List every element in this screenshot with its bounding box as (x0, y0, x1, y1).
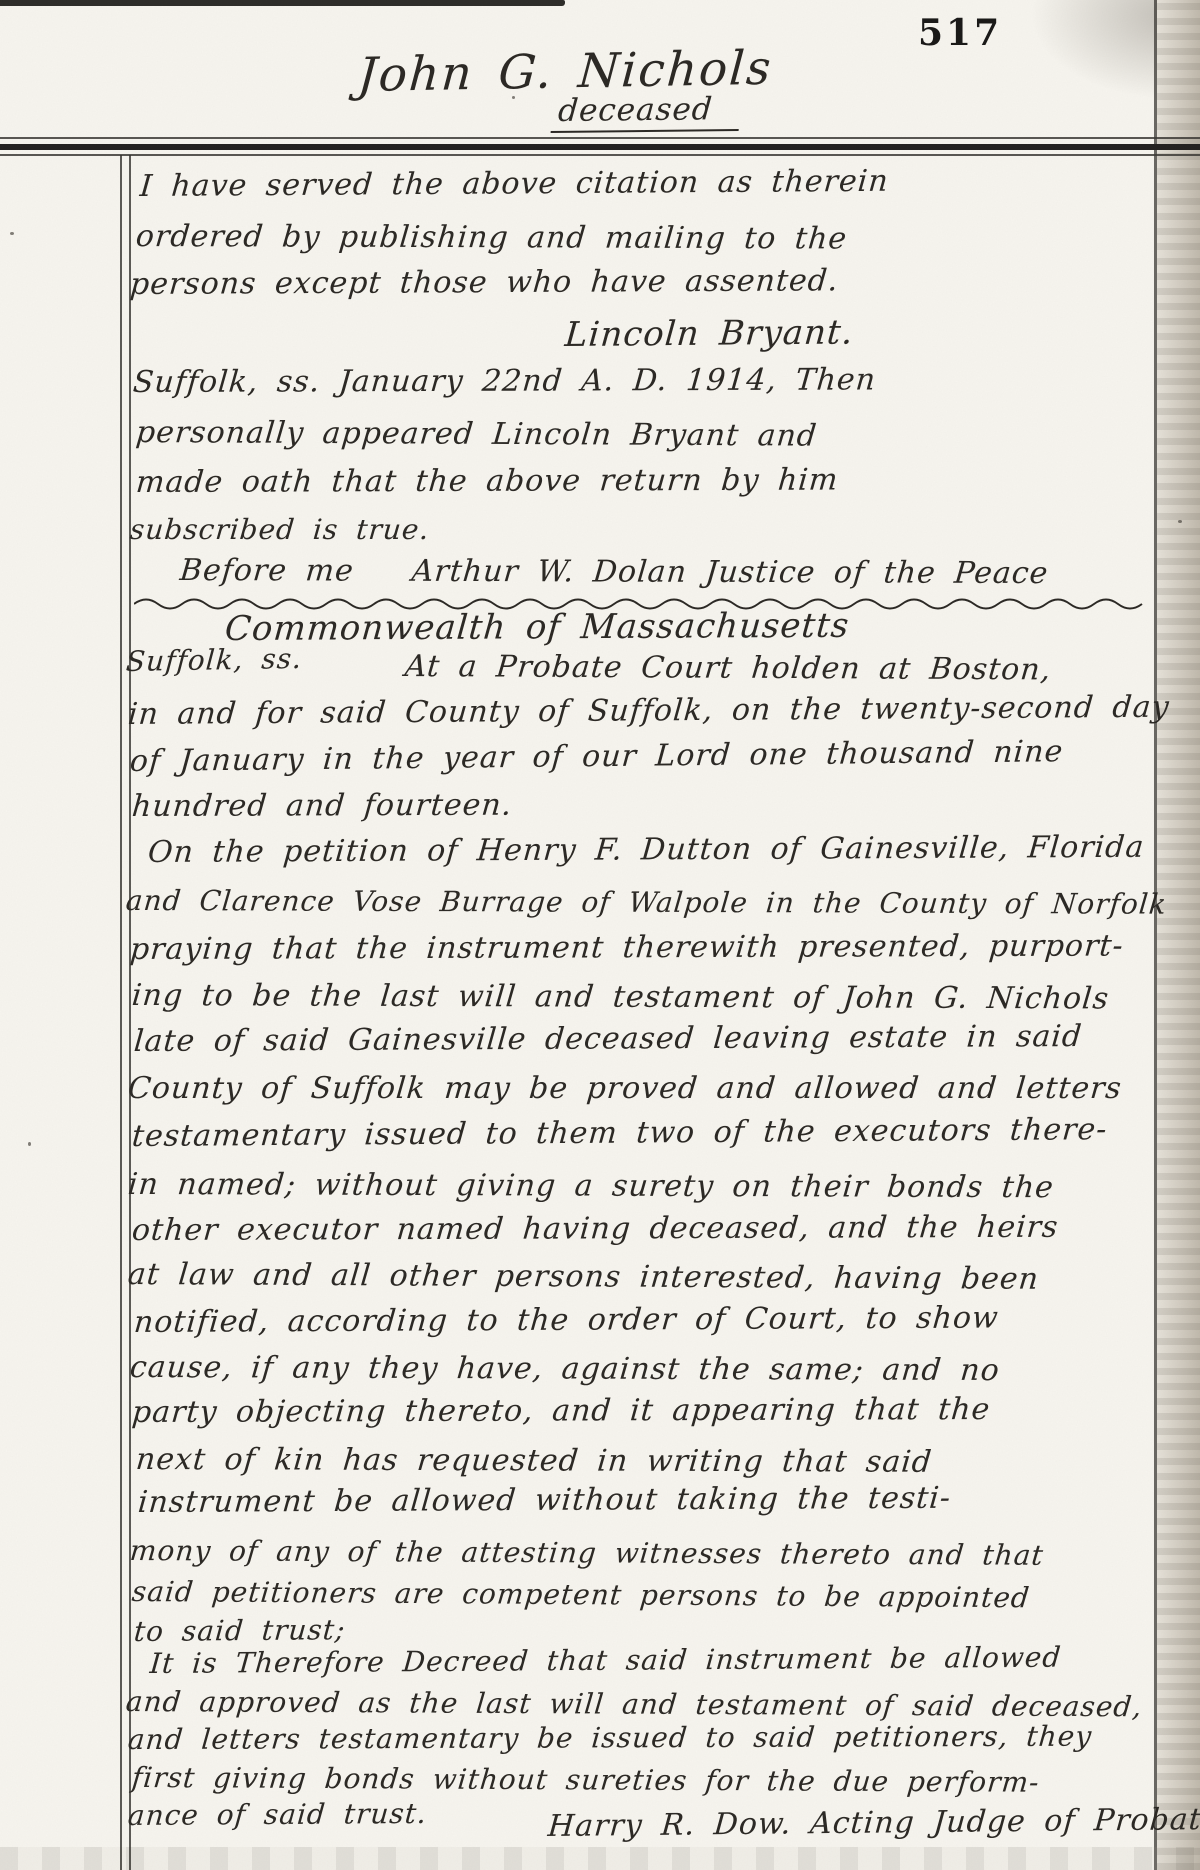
decree-section: It is Therefore Decreed that said instru… (0, 0, 1200, 1870)
manuscript-line: It is Therefore Decreed that said instru… (149, 1644, 1063, 1678)
manuscript-line: first giving bonds without sureties for … (131, 1764, 1041, 1797)
ledger-page: 517 John G. Nichols deceased I have serv… (0, 0, 1200, 1870)
manuscript-line: and approved as the last will and testam… (125, 1688, 1144, 1721)
signature-judge: Harry R. Dow. Acting Judge of Probate Co… (547, 1804, 1200, 1842)
manuscript-line: and letters testamentary be issued to sa… (127, 1723, 1093, 1754)
manuscript-line: ance of said trust. (127, 1800, 428, 1830)
